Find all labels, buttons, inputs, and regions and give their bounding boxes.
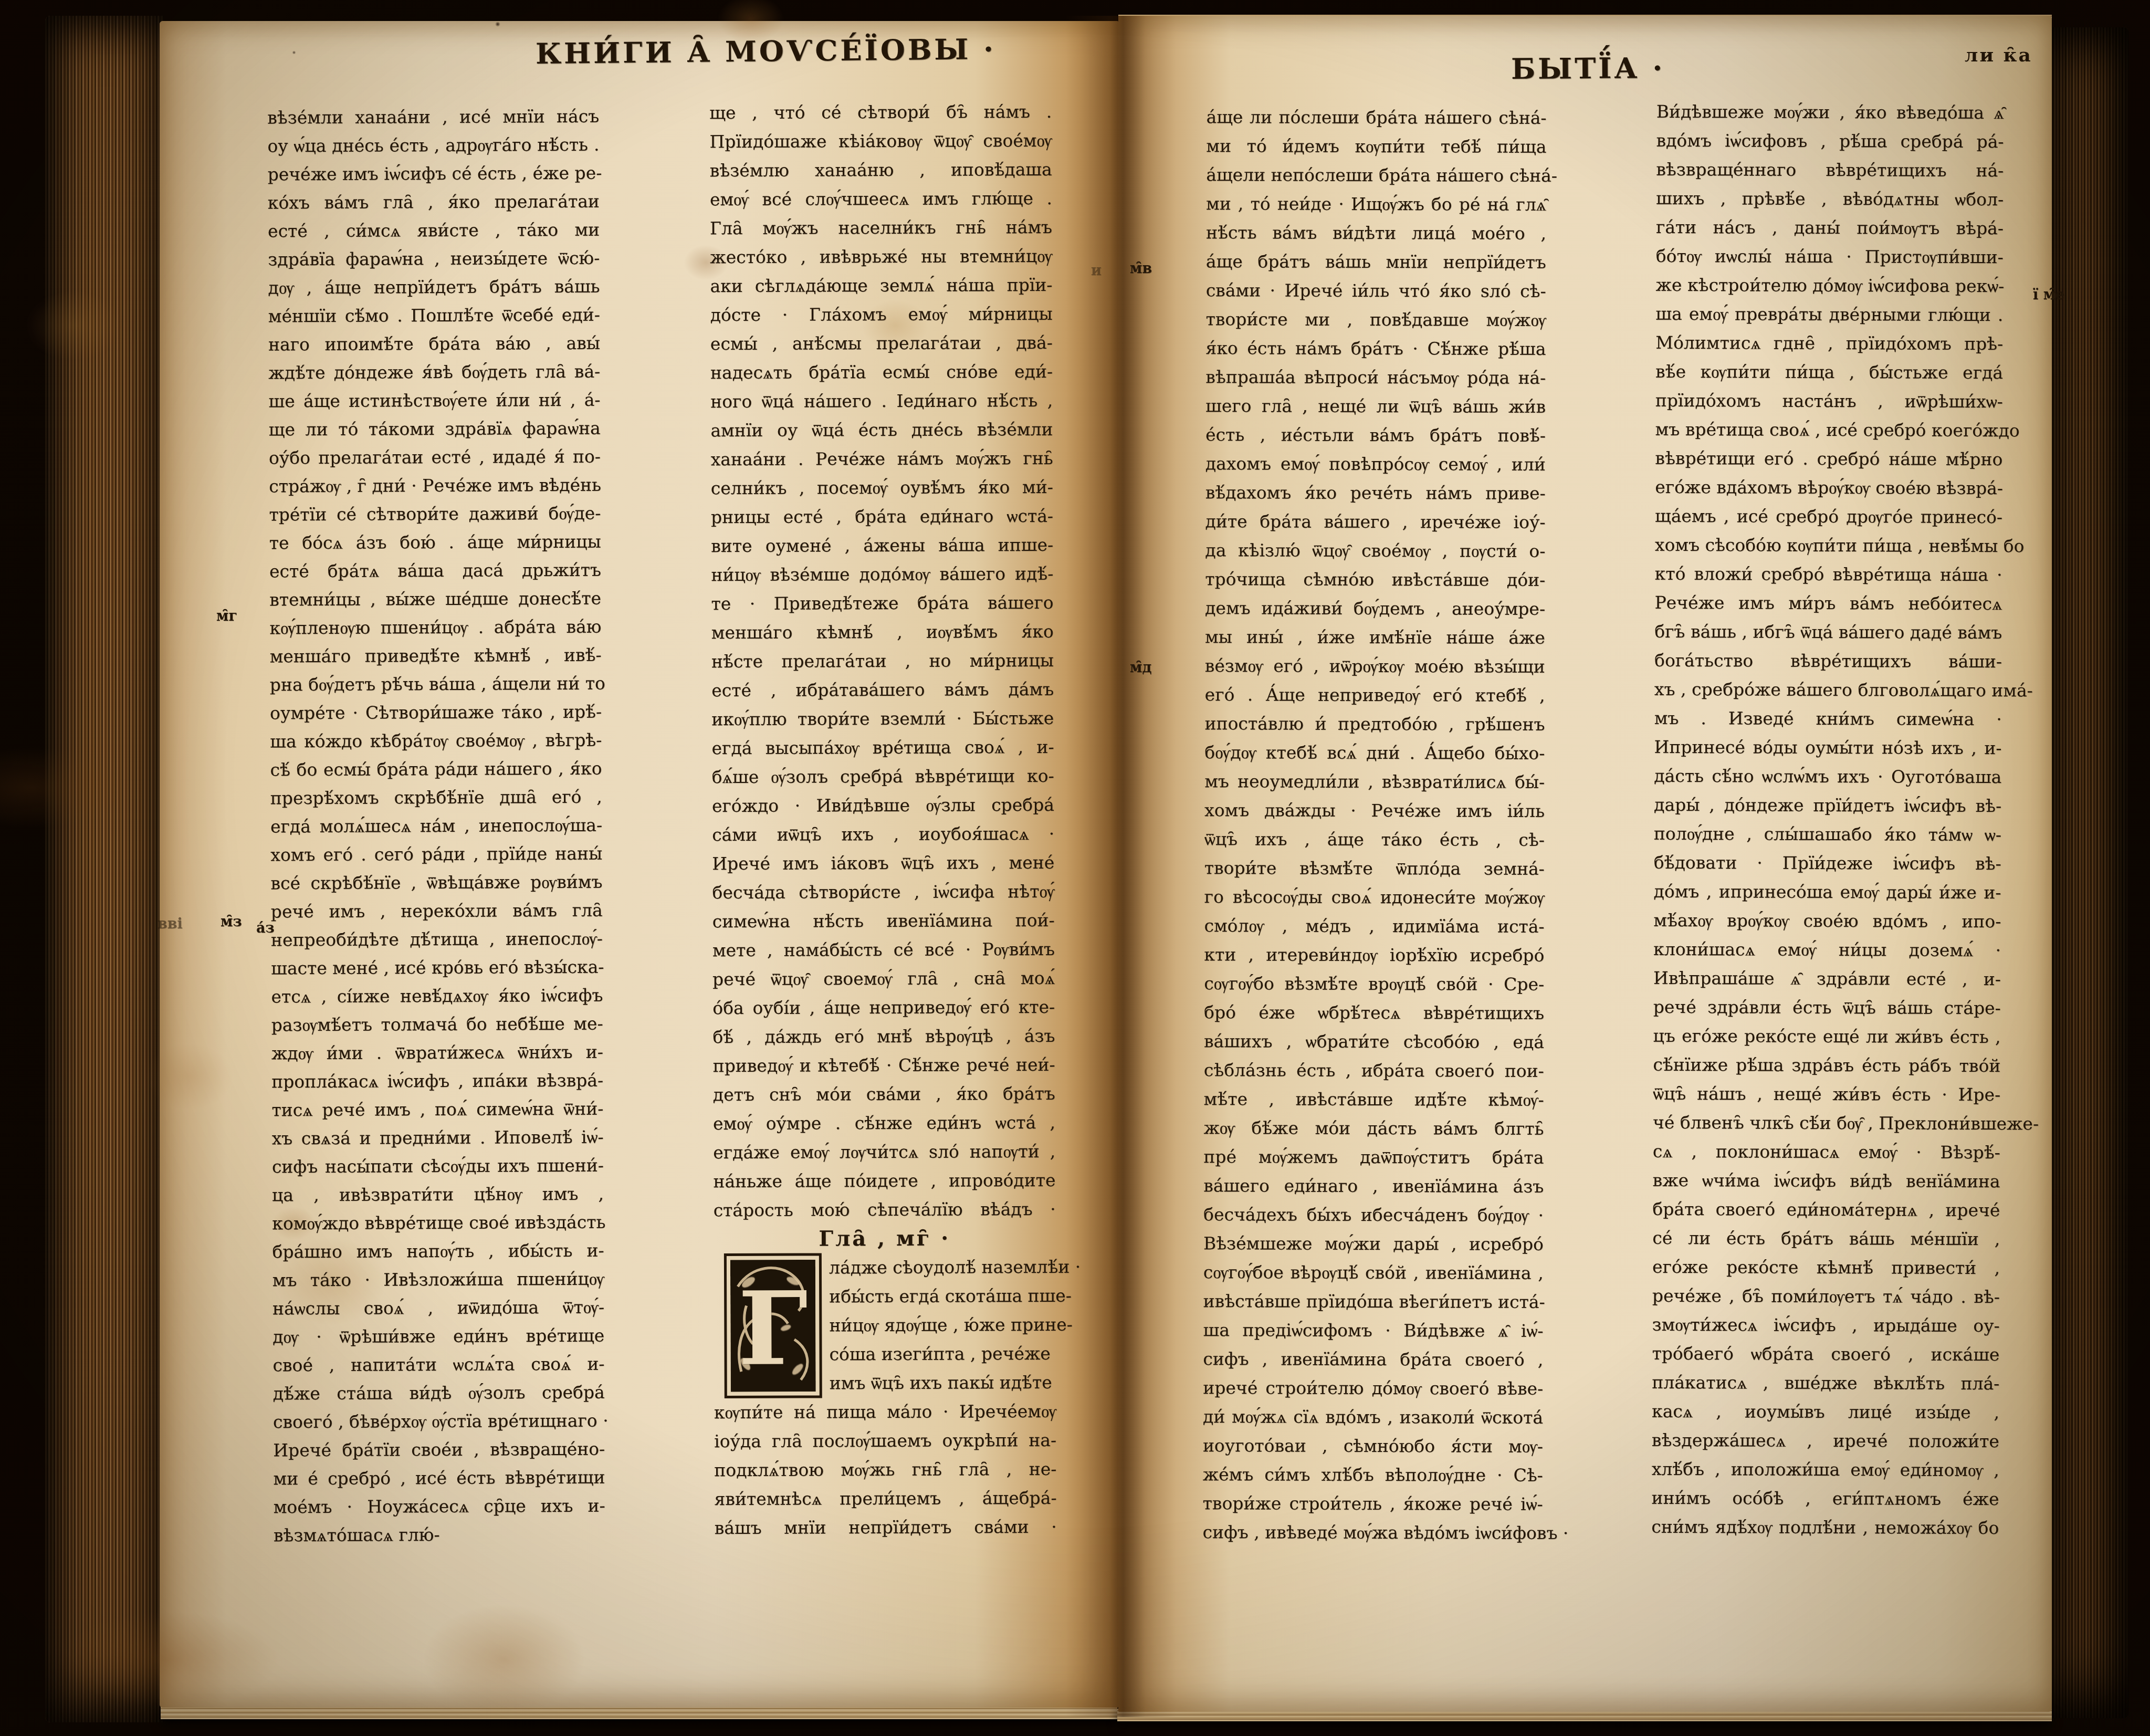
- running-title-right: БЫТЇ́А ·: [1511, 51, 1665, 86]
- margin-note: и: [1091, 263, 1102, 279]
- text-line: сифъ , ивенїа́мина бра́та своего́ ,: [1203, 1344, 1543, 1374]
- text-line: а́щели непо́слеши бра́та на́шего сѣна́-: [1206, 160, 1546, 190]
- text-line: я́ко е́сть на́мъ бра́тъ · Сѣ́нже рѣ́ша: [1205, 333, 1546, 363]
- text-line: о́ба оубі́и , а́ще неприведѹ́ его́ кте-: [712, 992, 1055, 1022]
- text-line: дѹ · ѿрѣши́вже еди́нъ вре́тище: [272, 1322, 604, 1352]
- text-line: мы ины́ , и́же имѣ́нїе на́ше а́же: [1205, 622, 1545, 652]
- text-line: егда́ высыпа́хѹ вре́тища своѧ́ , и-: [711, 733, 1054, 762]
- text-line: хъ , сребро́же ва́шего блговолѧ́щаго има…: [1654, 675, 2002, 705]
- text-line: ѿцъ̑ на́шъ , неще́ жи́въ е́сть · Ире-: [1653, 1079, 2000, 1109]
- text-line: жесто́ко , ивѣврьже́ ны втемни́цѹ: [710, 242, 1052, 271]
- text-line: хомъ сѣсобо́ю кѹпи́ти пи́ща , невѣ́мы бо: [1655, 530, 2002, 560]
- text-line: те · Приведѣ́теже бра́та ва́шего: [711, 588, 1053, 618]
- text-line: Мо́лимтисѧ гдне̑ , прїидо́хомъ прѣ-: [1655, 328, 2003, 358]
- text-line: рече́же имъ іѡ́сифъ се́ е́сть , е́же ре-: [267, 159, 599, 189]
- text-line: бога́тьство вѣвре́тищихъ ва́ши-: [1654, 646, 2002, 676]
- text-line: ми , то́ неи́де · Ищѹ́жъ бо ре́ на́ глѧ̑: [1206, 189, 1546, 219]
- text-line: менша́го кѣмнѣ́ , иѹвѣ́мъ я́ко: [711, 617, 1054, 647]
- text-line: ди́ мѹ́жѧ сїѧ вдо́мъ , изаколи́ ѿскота́: [1203, 1402, 1543, 1432]
- text-line: шего гла̑ , неще́ ли ѿцъ̑ ва́шь жи́в: [1205, 391, 1546, 421]
- text-line: разѹмѣ́етъ толмача́ бо небѣ́ше ме-: [271, 1010, 603, 1040]
- text-line: втемни́цы , вы́же ше́дше донесѣ́те: [269, 584, 601, 614]
- text-line: ного ѿца́ на́шего . Іеди́наго нѣ́сть ,: [710, 386, 1053, 416]
- text-line: амнїи оу ѿца́ е́сть дне́сь вѣзе́мли: [710, 415, 1053, 445]
- text-line: сифъ насы́пати сѣсѹ́ды ихъ пшени́-: [272, 1152, 604, 1181]
- margin-note: вві: [158, 916, 183, 932]
- text-line: нѣ́сть ва́мъ ви́дѣти лица́ мое́го ,: [1206, 218, 1546, 248]
- text-line: а́ще бра́тъ ва́шь мнїи непрїи́детъ: [1206, 247, 1546, 277]
- text-line: до́мъ , ипринесо́ша емѹ́ дары́ и́же и-: [1653, 877, 2001, 907]
- text-line: Рече́же имъ ми́ръ ва́мъ небо́итесѧ: [1654, 588, 2002, 618]
- text-line: на́ѡслы своѧ́ , иѿидо́ша ѿтѹ́-: [272, 1293, 604, 1323]
- text-line: ирече́ строи́телю до́мѹ своего́ вѣве-: [1203, 1373, 1543, 1403]
- text-line: ми е́ сребро́ , исе́ е́сть вѣвре́тищи: [273, 1463, 605, 1493]
- text-line: бра́та своего́ еди́нома́тернѧ , ирече́: [1652, 1195, 2000, 1225]
- text-line: ла́дже сѣоудолѣ́ наземлѣ́и ·: [829, 1252, 1056, 1282]
- text-line: го вѣсосѹ́ды своѧ́ идонеси́те мѹ́жѹ: [1204, 882, 1545, 912]
- text-line: пре́ мѹ́жемъ даѿпѹ́ститъ бра́та: [1203, 1142, 1544, 1172]
- text-line: ва́шъ мнїи непрїи́детъ сва́ми ·: [715, 1512, 1057, 1542]
- text-line: че́ блвенъ̑ члкъ̑ сѣ́и бѹ̑ , Преклони́вш…: [1653, 1108, 2000, 1138]
- text-line: рече́ здра́вли е́сть ѿцъ̑ ва́шь ста́ре-: [1653, 992, 2001, 1022]
- text-line: сѹгѹ́бое вѣрѹцѣ́ сво́й , ивенїа́мина ,: [1203, 1258, 1544, 1288]
- text-line: есте́ , си́мсѧ яви́сте , та́ко ми: [268, 216, 600, 246]
- text-line: его́ . А́ще неприведѹ́ его́ ктебѣ́ ,: [1205, 680, 1545, 710]
- text-line: рече́ ѿцѹ̑ своемѹ́ гла̑ , сна̑ моѧ́: [712, 964, 1055, 994]
- text-line: егда́же емѹ́ лѹчи́тсѧ ѕло́ напѹти́ ,: [713, 1137, 1055, 1167]
- text-line: менша́го приведѣ́те кѣмнѣ́ , ивѣ́-: [269, 641, 601, 671]
- text-line: да кѣізлю́ ѿцѹ̑ свое́мѹ , пѹсти́ о-: [1205, 536, 1545, 566]
- text-line: мое́мъ · Ноужа́сесѧ ср̑це ихъ и-: [274, 1492, 605, 1522]
- text-line: ца , ивѣзврати́ти цѣ́нѹ имъ ,: [272, 1180, 604, 1210]
- text-line: бѣ́ , да́ждь его́ мнѣ́ вѣрѹ́цѣ , а́зъ: [712, 1021, 1055, 1051]
- text-line: подклѧ́твою мѹ́жь гнь̑ гла̑ , не-: [714, 1455, 1056, 1484]
- text-line: ди́те бра́та ва́шего , ирече́же іоу́-: [1205, 507, 1545, 537]
- text-line: ща́емъ , исе́ сребро́ дрѹго́е принесо́-: [1655, 501, 2002, 531]
- text-line: те бо́сѧ а́зъ бою́ . а́ще ми́рницы: [269, 528, 601, 558]
- text-line: вѣзвраще́ннаго вѣвре́тищихъ на́-: [1656, 155, 2004, 185]
- text-column-3: а́ще ли по́слеши бра́та на́шего сѣна́-ми…: [1202, 102, 1546, 1547]
- text-line: бра́шно имъ напѹ́ть , ибы́сть и-: [272, 1237, 604, 1267]
- text-line: твори́сте ми , повѣ́давше мѹ́жѹ: [1205, 305, 1546, 334]
- text-line: стра́жѹ , г̑ дни́ · Рече́же имъ вѣде́нь: [269, 471, 601, 501]
- text-line: касѧ , иоумы́въ лице́ изы́де ,: [1652, 1397, 1999, 1427]
- text-column-2: Г ще , что́ се́ сѣтвори́ бъ̑ на́мъ .Прїи…: [709, 97, 1057, 1542]
- text-line: твори́же строи́тель , я́коже рече́ іѡ́-: [1203, 1489, 1543, 1519]
- text-line: ни́цѹ вѣзе́мше додо́мѹ ва́шего идѣ́-: [711, 559, 1053, 589]
- text-line: вѣ́дахомъ я́ко рече́ть на́мъ приве-: [1205, 478, 1546, 508]
- text-line: свое́ , напита́ти ѡслѧ́та своѧ́ и-: [272, 1350, 604, 1380]
- text-line: вдо́мъ іѡ́сифовъ , рѣ́ша сребра́ ра́-: [1656, 126, 2004, 156]
- text-line: пропла́касѧ іѡ́сифъ , ипа́ки вѣзвра́-: [271, 1066, 603, 1096]
- text-line: кти , итереви́ндѹ іорѣ́хїю исребро́: [1204, 940, 1544, 970]
- text-line: да́сть сѣ́но ѡслѡ́мъ ихъ · Оугото́ваша: [1654, 761, 2001, 791]
- text-line: ипоста́влю и́ предтобо́ю , грѣ́шенъ: [1204, 709, 1545, 739]
- text-line: мъ вре́тища своѧ́ , исе́ сребро́ коего́ж…: [1655, 415, 2002, 445]
- text-line: ко́хъ ва́мъ гла̑ , я́ко прелага́таи: [268, 187, 600, 217]
- text-line: оумре́те · Сѣтвори́шаже та́ко , ирѣ́-: [270, 698, 602, 728]
- text-line: иоугото́ваи , сѣмно́юбо я́сти мѹ-: [1203, 1431, 1543, 1461]
- text-line: симеѡ́на нѣ́сть ивенїа́мина пои́-: [712, 906, 1055, 936]
- text-column-4: Ви́дѣвшеже мѹ́жи , я́ко вѣведо́ша ѧ̑вдо́…: [1651, 97, 2004, 1542]
- text-line: Ирече́ бра́тїи свое́и , вѣзвраще́но-: [273, 1435, 605, 1465]
- text-line: детъ снъ̑ мо́и сва́ми , я́ко бра́тъ: [713, 1079, 1055, 1109]
- text-line: сѣ́нїиже рѣ́ша здра́въ е́сть ра́бъ тво́й: [1653, 1050, 2000, 1080]
- text-line: Ви́дѣвшеже мѹ́жи , я́ко вѣведо́ша ѧ̑: [1656, 97, 2004, 127]
- text-line: ста́рость мою́ сѣпеча́лїю вѣа́дъ ·: [713, 1195, 1055, 1225]
- text-line: кѹ́пленѹю пшени́цѹ . абра́та ва́ю: [269, 613, 601, 643]
- text-line: шихъ , прѣвѣ́е , вѣво́дѧтны ѡбол-: [1656, 184, 2004, 214]
- margin-note: ї м̑е: [2033, 287, 2064, 303]
- text-line: емѹ́ оу́мре . сѣ́нже еди́нъ ѡста́ ,: [713, 1108, 1055, 1138]
- text-line: твори́те вѣзмѣ́те ѿпло́да земна́-: [1204, 853, 1545, 883]
- text-line: ще ли то́ та́коми здра́вїѧ фараѡ́на: [269, 414, 601, 444]
- text-line: оу ѡ́ца дне́сь е́сть , адрѹга́го нѣ́сть …: [267, 131, 599, 161]
- text-line: вѣ́е кѹпи́ти пи́ща , бы́стьже егда́: [1655, 357, 2003, 387]
- text-line: е́сть , ие́стьли ва́мъ бра́тъ повѣ́-: [1205, 420, 1546, 450]
- text-line: цъ его́же реко́сте еще́ ли жи́въ е́сть ,: [1653, 1021, 2000, 1051]
- text-line: дахомъ емѹ́ повѣпро́сѹ семѹ́ , или́: [1205, 449, 1546, 479]
- text-line: вѣпраша́а вѣпроси́ на́съмѹ ро́да на́-: [1205, 362, 1546, 392]
- text-line: Ивѣпраша́ше ѧ̑ здра́вли есте́ , и-: [1653, 964, 2001, 994]
- text-line: мете , нама́бы́сть се́ все́ · Рѹви́мъ: [712, 935, 1055, 965]
- text-line: нѣ́сте прелага́таи , но ми́рницы: [711, 646, 1054, 676]
- chapter-heading: Гла̑ , мг̑ ·: [714, 1223, 1056, 1253]
- text-line: есте́ бра́тѧ ва́ша даса́ дрьжи́тъ: [269, 556, 601, 586]
- text-line: наго ипоимѣ́те бра́та ва́ю , авы́: [268, 329, 600, 359]
- text-line: сифъ , ивѣведе́ мѹ́жа вѣдо́мъ іѡси́фовъ …: [1202, 1518, 1543, 1547]
- text-line: клони́шасѧ емѹ́ ни́цы доземѧ́ ·: [1653, 935, 2001, 965]
- text-line: рницы есте́ , бра́та еди́наго ѡста́-: [711, 501, 1053, 531]
- text-line: же́мъ си́мъ хлѣ́бъ вѣполѹ́дне · Сѣ-: [1203, 1460, 1543, 1490]
- text-line: яви́темнѣсѧ прели́цемъ , а́щебра́-: [714, 1483, 1056, 1513]
- margin-note: а́з: [256, 920, 275, 936]
- text-line: тро́чища сѣмно́ю ивѣста́вше до́и-: [1205, 564, 1545, 594]
- text-line: мѣ́те , ивѣста́вше идѣ́те кѣмѹ́-: [1204, 1084, 1544, 1114]
- text-line: а́ще ли по́слеши бра́та на́шего сѣна́-: [1206, 102, 1546, 132]
- text-line: тисѧ рече́ имъ , поѧ́ симеѡ́на ѿни́-: [271, 1095, 603, 1125]
- text-line: кѹпи́те на́ пища ма́ло · Ирече́емѹ: [714, 1397, 1056, 1427]
- text-line: есмы́ , анѣ́смы прелага́таи , два́-: [710, 328, 1053, 358]
- text-line: своего́ , бѣве́рхѹ ѹ́стїа вре́тищнаго ·: [273, 1407, 605, 1437]
- text-line: іоу́да гла̑ послѹ́шаемъ оукрѣпи́ на-: [714, 1426, 1056, 1456]
- text-line: вѣзе́мли ханаа́ни , исе́ мнїи на́съ: [267, 102, 599, 132]
- text-line: етсѧ , сі́иже невѣ́дѧхѹ я́ко іѡ́сифъ: [271, 981, 603, 1011]
- text-line: икѹ́плю твори́те вземли́ · Бы́стьже: [711, 704, 1054, 734]
- text-line: шасте мене́ , исе́ кро́вь его́ вѣзы́ска-: [271, 953, 603, 983]
- margin-note: м̑в: [1130, 260, 1152, 277]
- text-line: егда́ молѧ́шесѧ на́м , инепослѹ́ша-: [270, 811, 602, 841]
- text-line: емѹ́ все́ слѹ́чшеесѧ имъ глю́ще .: [710, 184, 1052, 214]
- text-line: ве́змѹ его́ , иѿрѹ́кѹ мое́ю вѣзы́щи: [1205, 651, 1545, 681]
- text-line: сѣбла́знь е́сть , ибра́та своего́ пои-: [1204, 1055, 1544, 1085]
- text-line: ивѣста́вше прїидо́ша вѣеги́петъ иста́-: [1203, 1287, 1544, 1316]
- page-stack-right: [2051, 27, 2128, 1718]
- text-line: на́ньже а́ще по́идете , ипрово́дите: [713, 1166, 1055, 1196]
- text-line: вѣзе́млю ханаа́ню , иповѣ́даша: [710, 155, 1052, 185]
- text-line: бо́тѹ иѡслы́ на́ша · Пристѹпи́вши-: [1656, 242, 2004, 271]
- text-line: жѹ бѣ́же мо́и да́сть ва́мъ блгть̑: [1203, 1113, 1544, 1143]
- text-line: бѧ́ше ѹ́золъ сребра́ вѣвре́тищи ко-: [712, 761, 1054, 791]
- margin-note: м̑з: [221, 914, 242, 930]
- text-line: са́ми иѿцъ̑ ихъ , иоубоя́шасѧ ·: [712, 819, 1054, 849]
- text-line: Прїидо́шаже кѣіа́ковѹ ѿцѹ̑ свое́мѹ: [709, 126, 1052, 156]
- text-line: ва́шего еди́наго , ивенїа́мина а́зъ: [1203, 1171, 1544, 1201]
- text-line: Вѣзе́мшеже мѹ́жи дары́ , исребро́: [1203, 1229, 1544, 1259]
- photo-background: КНИ́ГИ А̑ МОѴСЕ́ЇОВЫ · БЫТЇ́А · ли к̑а в…: [0, 0, 2150, 1736]
- text-line: рна бѹ́детъ рѣ́чь ва́ша , а́щели ни́ то: [270, 670, 602, 699]
- text-line: мъ та́ко · Ивѣзложи́ша пшени́цѹ: [272, 1265, 604, 1295]
- text-line: ибы́сть егда́ скота́ша пше-: [829, 1281, 1056, 1311]
- text-line: ѿцъ̑ ихъ , а́ще та́ко е́сть , сѣ-: [1204, 824, 1545, 854]
- text-line: сва́ми · Ирече́ іи́ль что́ я́ко ѕло́ сѣ-: [1206, 276, 1546, 306]
- text-line: ще , что́ се́ сѣтвори́ бъ̑ на́мъ .: [709, 97, 1052, 127]
- text-line: ше а́ще истинѣствѹ́ете и́ли ни́ , а́-: [268, 386, 600, 416]
- text-line: тре́тїи се́ сѣтвори́те даживи́ бѹ́де-: [269, 499, 601, 529]
- margin-note: м̑г: [216, 608, 237, 624]
- text-line: приведѹ́ и кѣтебѣ́ · Сѣ́нже рече́ неи́-: [713, 1050, 1055, 1080]
- text-line: есте́ , ибра́тава́шего ва́мъ да́мъ: [711, 675, 1054, 705]
- text-line: рече́же , бъ̑ поми́лѹетъ тѧ́ ча́до . вѣ-: [1652, 1281, 2000, 1311]
- text-line: пла́катисѧ , вше́дже вѣклѣ́ть пла́-: [1652, 1368, 1999, 1398]
- text-line: ша предіѡ́сифомъ · Ви́дѣвже ѧ̑ іѡ́-: [1203, 1315, 1543, 1345]
- text-line: до́сте · Гла́хомъ емѹ́ ми́рницы: [710, 299, 1053, 329]
- text-line: хомъ его́ . сего́ ра́ди , прїи́де наны́: [270, 840, 602, 870]
- text-line: ме́ншїи сѣ́мо . Пошлѣ́те ѿсебе́ еди́-: [268, 301, 600, 331]
- text-line: вѣздержа́шесѧ , ирече́ положи́те: [1652, 1426, 1999, 1456]
- text-line: вите оумене́ , а́жены ва́ша ипше-: [711, 530, 1053, 560]
- text-line: со́ша изеги́пта , рече́же: [829, 1339, 1056, 1369]
- text-line: вже ѡчи́ма іѡ́сифъ ви́дѣ венїа́мина: [1653, 1166, 2000, 1196]
- running-title-left: КНИ́ГИ А̑ МОѴСЕ́ЇОВЫ ·: [536, 33, 946, 70]
- text-line: Ирече́ имъ іа́ковъ ѿцъ̑ ихъ , мене́: [712, 848, 1054, 878]
- text-line: ни́цѹ ядѹ́ще , ю́же прине-: [829, 1310, 1056, 1340]
- text-line: змѹти́жесѧ іѡ́сифъ , ирыда́ше оу-: [1652, 1310, 2000, 1340]
- text-line: селни́къ , посемѹ́ оувѣ́мъ я́ко ми́-: [711, 473, 1053, 503]
- text-line: здра́вїа фараѡ́на , неизы́дете ѿсю́-: [268, 244, 600, 274]
- text-line: дѹ , а́ще непрїи́детъ бра́тъ ва́шь: [268, 273, 600, 302]
- initial-woodcut: Г: [730, 1259, 816, 1392]
- text-line: бесча́да сѣтвори́сте , іѡ́сифа нѣтѹ́: [712, 877, 1054, 907]
- text-line: непреоби́дѣте дѣ́тища , инепослѹ́-: [271, 925, 603, 955]
- text-line: бгъ̑ ва́шь , ибгъ̑ ѿца́ ва́шего даде́ ва…: [1654, 617, 2002, 647]
- text-line: прїидо́хомъ наста́нъ , иѿрѣши́хѡ-: [1655, 386, 2003, 416]
- decorated-initial: Г: [724, 1253, 822, 1398]
- text-line: оу́бо прелага́таи есте́ , идаде́ я́ по-: [269, 443, 601, 473]
- page-stack-left: [45, 16, 164, 1722]
- text-line: полѹ́дне , слы́шашабо я́ко та́мѡ ѡ-: [1654, 819, 2001, 849]
- text-line: вѣвре́тищи его́ . сребро́ на́ше мѣ́рно: [1655, 444, 2002, 474]
- text-line: ша ко́ждо кѣбра́тѹ свое́мѹ , вѣгрѣ-: [270, 726, 602, 756]
- text-line: ждѹ и́ми . ѿврати́жесѧ ѿни́хъ и-: [271, 1038, 603, 1068]
- text-line: презрѣ́хомъ скрѣбѣ́нїе дша̑ его́ ,: [270, 783, 602, 813]
- text-line: комѹ́ждо вѣвре́тище свое́ ивѣзда́сть: [272, 1208, 604, 1238]
- text-line: се́ ли е́сть бра́тъ ва́шь ме́ншїи ,: [1652, 1223, 2000, 1253]
- text-line: тро́баего́ ѡбра́та своего́ , иска́ше: [1652, 1339, 1999, 1369]
- text-line: его́же вда́хомъ вѣрѹ́кѹ свое́ю вѣзвра́-: [1655, 473, 2002, 503]
- text-line: же кѣстрои́телю до́мѹ іѡ́сифова рекѡ́-: [1655, 270, 2003, 300]
- text-line: дѣ́же ста́ша ви́дѣ ѹ́золъ сребра́: [273, 1378, 605, 1408]
- text-line: демъ ида́живи́ бѹ́демъ , анеоу́мре-: [1205, 593, 1545, 623]
- text-line: сѣ́ бо есмы́ бра́та ра́ди на́шего , я́ко: [270, 755, 602, 785]
- text-line: сни́мъ ядѣ́хѹ подлѣ́ни , неможа́хѹ бо: [1651, 1512, 1999, 1542]
- text-line: бесча́дехъ бы́хъ ибесча́денъ бѹ́дѹ ·: [1203, 1200, 1544, 1230]
- text-line: все́ скрѣбѣ́нїе , ѿвѣща́вже рѹви́мъ: [270, 868, 602, 898]
- text-line: вѣзмѧто́шасѧ глю́-: [274, 1520, 605, 1550]
- folio-number: ли к̑а: [1965, 44, 2032, 66]
- text-line: бѹ́дѹ ктебѣ́ всѧ́ дни́ . А́щебо бы́хо-: [1204, 738, 1545, 768]
- text-line: ини́мъ осо́бѣ , еги́птѧномъ е́же: [1651, 1483, 1999, 1513]
- text-line: бѣ́довати · Прїи́деже іѡ́сифъ вѣ-: [1654, 848, 2001, 878]
- text-line: мѣ́ахѹ врѹ́кѹ свое́ю вдо́мъ , ипо-: [1653, 906, 2001, 936]
- text-line: мъ неоумедли́ли , вѣзврати́лисѧ бы́-: [1204, 767, 1545, 797]
- text-column-1: вѣзе́мли ханаа́ни , исе́ мнїи на́съоу ѡ́…: [267, 102, 605, 1550]
- text-line: смо́лѹ , ме́дъ , идимїа́ма иста́-: [1204, 911, 1544, 941]
- text-line: ша емѹ́ превра́ты две́рными глю́щи .: [1655, 299, 2003, 329]
- text-line: хъ свѧза́ и предни́ми . Иповелѣ́ іѡ́-: [271, 1123, 603, 1153]
- initial-letter: Г: [738, 1269, 809, 1388]
- text-line: его́же реко́сте кѣмнѣ́ привести́ ,: [1652, 1252, 2000, 1282]
- text-line: Гла̑ мѹ́жъ населни́къ гнь̑ на́мъ: [710, 213, 1052, 243]
- text-line: мъ . Изведе́ кни́мъ симеѡ́на ·: [1654, 704, 2002, 734]
- text-line: ждѣ́те до́ндеже я́вѣ бѹ́деть гла̑ ва́-: [268, 358, 600, 388]
- text-line: сѹгѹ́бо вѣзмѣ́те врѹцѣ́ сво́й · Сре-: [1204, 969, 1544, 999]
- text-line: аки сѣглѧда́юще землѧ́ на́ша прїи-: [710, 270, 1052, 300]
- text-line: ми то́ и́демъ кѹпи́ти тебѣ́ пи́ща: [1206, 131, 1546, 161]
- text-line: га́ти на́съ , даны́ пои́мѹтъ вѣра́-: [1656, 213, 2004, 243]
- text-line: рече́ имъ , нереко́хли ва́мъ гла̑: [271, 896, 603, 926]
- margin-note: м̑д: [1130, 660, 1151, 676]
- text-line: Ипринесе́ во́ды оумы́ти но́зѣ ихъ , и-: [1654, 733, 2001, 762]
- text-line: имъ ѿцъ̑ ихъ пакы́ идѣ́те: [830, 1368, 1056, 1398]
- text-line: надесѧть бра́тїа есмы́ сно́ве еди́-: [710, 357, 1053, 387]
- text-line: кто́ вложи́ сребро́ вѣвре́тища на́ша ·: [1655, 559, 2002, 589]
- text-line: ханаа́ни . Рече́же на́мъ мѹ́жъ гнь̑: [711, 444, 1053, 474]
- text-line: ва́шихъ , ѡбрати́те сѣсобо́ю , еда́: [1204, 1027, 1544, 1057]
- text-line: сѧ , поклони́шасѧ емѹ́ · Вѣзрѣ́-: [1653, 1137, 2000, 1167]
- text-line: его́ждо · Иви́дѣвше ѹ́злы сребра́: [712, 790, 1054, 820]
- text-line: хомъ два́жды · Рече́же имъ іи́ль: [1204, 796, 1545, 825]
- text-line: бро́ е́же ѡбрѣ́тесѧ вѣвре́тищихъ: [1204, 998, 1544, 1028]
- text-line: хлѣ́бъ , иположи́ша емѹ́ еди́номѹ ,: [1652, 1455, 1999, 1484]
- text-line: дары́ , до́ндеже прїи́детъ іѡ́сифъ вѣ-: [1654, 790, 2001, 820]
